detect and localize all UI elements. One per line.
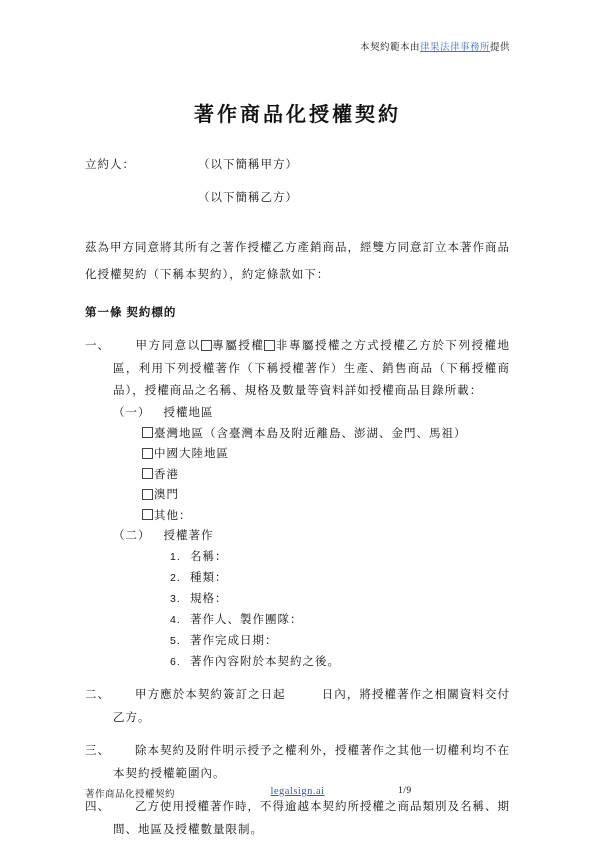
footer-document-name: 著作商品化授權契約	[85, 786, 175, 800]
work-detail-type-label: 種類：	[190, 572, 228, 584]
checkbox-taiwan	[142, 427, 153, 438]
work-detail-content-attached-number: 6.	[170, 652, 190, 673]
clause-1-number: 一、	[85, 335, 110, 358]
work-detail-author-label: 著作人、製作團隊：	[190, 614, 303, 626]
party-b-name: （以下簡稱乙方）	[198, 192, 298, 204]
region-option-hongkong-label: 香港	[154, 469, 179, 481]
clause-2-number: 二、	[85, 684, 110, 707]
work-detail-type: 2.種類：	[85, 568, 510, 589]
region-option-other: 其他：	[85, 506, 510, 527]
clause-3-text: 除本契約及附件明示授予之權利外，授權著作之其他一切權利均不在本契約授權範圍內。	[113, 745, 510, 780]
sub-item-1-number: （一）	[113, 407, 151, 419]
checkbox-hongkong	[142, 468, 153, 479]
clause-3-number: 三、	[85, 740, 110, 763]
party-b-row: （以下簡稱乙方）	[85, 187, 510, 209]
work-detail-name-number: 1.	[170, 547, 190, 568]
document-title: 著作商品化授權契約	[85, 98, 510, 127]
clause-2-text-before-blank: 甲方應於本契約簽訂之日起	[135, 689, 286, 701]
clause-4-text: 乙方使用授權著作時，不得逾越本契約所授權之商品類別及名稱、期間、地區及授權數量限…	[113, 801, 510, 836]
work-detail-author: 4.著作人、製作團隊：	[85, 610, 510, 631]
work-detail-completion-date-label: 著作完成日期：	[190, 635, 278, 647]
clause-3: 三、除本契約及附件明示授予之權利外，授權著作之其他一切權利均不在本契約授權範圍內…	[85, 740, 510, 785]
footer: 著作商品化授權契約 legalsign.ai 1/9	[0, 786, 595, 806]
party-a-name: （以下簡稱甲方）	[198, 159, 298, 171]
region-option-macau: 澳門	[85, 485, 510, 506]
region-option-china-label: 中國大陸地區	[154, 448, 229, 460]
work-detail-content-attached: 6.著作內容附於本契約之後。	[85, 652, 510, 673]
sub-item-1-label: 授權地區	[164, 407, 214, 419]
sub-item-2-number: （二）	[113, 530, 151, 542]
legalsign-link[interactable]: legalsign.ai	[270, 786, 324, 797]
work-detail-name: 1.名稱：	[85, 547, 510, 568]
region-option-taiwan: 臺灣地區（含臺灣本島及附近離島、澎湖、金門、馬祖）	[85, 424, 510, 445]
region-option-macau-label: 澳門	[154, 489, 179, 501]
work-detail-spec-label: 規格：	[190, 593, 228, 605]
work-detail-content-attached-label: 著作內容附於本契約之後。	[190, 656, 340, 668]
work-detail-name-label: 名稱：	[190, 551, 228, 563]
work-detail-type-number: 2.	[170, 568, 190, 589]
work-detail-completion-date: 5.著作完成日期：	[85, 631, 510, 652]
clause-1: 一、甲方同意以專屬授權非專屬授權之方式授權乙方於下列授權地區，利用下列授權著作（…	[85, 335, 510, 403]
checkbox-other	[142, 509, 153, 520]
work-detail-spec: 3.規格：	[85, 589, 510, 610]
document-page: 本契約範本由律果法律事務所提供 著作商品化授權契約 立約人：（以下簡稱甲方） （…	[0, 0, 595, 842]
sub-item-1-heading: （一）授權地區	[85, 403, 510, 424]
preamble-paragraph: 茲為甲方同意將其所有之著作授權乙方產銷商品，經雙方同意訂立本著作商品化授權契約（…	[85, 235, 510, 289]
document-body: 著作商品化授權契約 立約人：（以下簡稱甲方） （以下簡稱乙方） 茲為甲方同意將其…	[85, 0, 510, 841]
parties-label: 立約人：	[85, 154, 198, 176]
work-detail-spec-number: 3.	[170, 589, 190, 610]
region-option-taiwan-label: 臺灣地區（含臺灣本島及附近離島、澎湖、金門、馬祖）	[154, 428, 467, 440]
clause-1-option-exclusive: 專屬授權	[212, 340, 265, 352]
region-option-china: 中國大陸地區	[85, 444, 510, 465]
article-1-heading: 第一條 契約標的	[85, 302, 510, 324]
checkbox-nonexclusive-license	[264, 340, 275, 351]
work-detail-author-number: 4.	[170, 610, 190, 631]
sub-item-2-heading: （二）授權著作	[85, 526, 510, 547]
sub-item-2-label: 授權著作	[164, 530, 214, 542]
region-option-hongkong: 香港	[85, 465, 510, 486]
work-detail-completion-date-number: 5.	[170, 631, 190, 652]
clause-2: 二、甲方應於本契約簽訂之日起日內，將授權著作之相關資料交付乙方。	[85, 684, 510, 729]
region-option-other-label: 其他：	[154, 510, 192, 522]
checkbox-china	[142, 448, 153, 459]
clause-1-text-seg1: 甲方同意以	[135, 340, 201, 352]
party-a-row: 立約人：（以下簡稱甲方）	[85, 154, 510, 176]
parties-block: 立約人：（以下簡稱甲方） （以下簡稱乙方）	[85, 154, 510, 209]
checkbox-exclusive-license	[201, 340, 212, 351]
page-number: 1/9	[398, 786, 412, 796]
checkbox-macau	[142, 489, 153, 500]
